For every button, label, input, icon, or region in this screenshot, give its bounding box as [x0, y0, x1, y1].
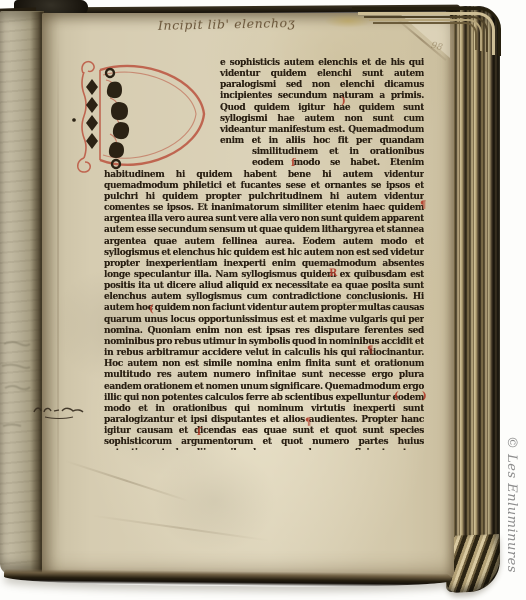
red-paragraph-mark: ſ [197, 427, 201, 438]
red-paragraph-mark: ( [394, 391, 399, 402]
fore-edge-page-stack [446, 6, 500, 592]
initial-wrap-spacer [104, 58, 220, 158]
show-through-strokes [2, 342, 30, 426]
red-paragraph-mark: ¶ [367, 345, 373, 356]
page-corner-edge [373, 22, 477, 50]
red-paragraph-mark: ¶ [305, 417, 311, 428]
copyright-watermark: © Les Enluminures [503, 436, 519, 586]
initial-wrap-spacer [104, 158, 252, 169]
show-through-text [0, 330, 32, 470]
marginal-annotation [30, 400, 90, 422]
text-block: e sophisticis autem elenchis et de his q… [104, 58, 424, 450]
red-paragraph-mark: ¶ [420, 200, 426, 211]
red-paragraph-mark: ( [149, 304, 154, 315]
incipit-inscription: Incipit lib' elenchoʒ [158, 14, 338, 42]
parchment-crease [57, 40, 59, 540]
marginal-annotation-strokes [34, 408, 83, 418]
red-paragraph-mark: ſ [291, 158, 295, 169]
red-paragraph-mark: ) [341, 96, 346, 107]
red-paragraph-mark: R [329, 268, 337, 279]
red-paragraph-mark: ) [422, 391, 427, 402]
manuscript-photo: Incipit lib' elenchoʒ 98 e sophisticis a… [0, 0, 526, 600]
